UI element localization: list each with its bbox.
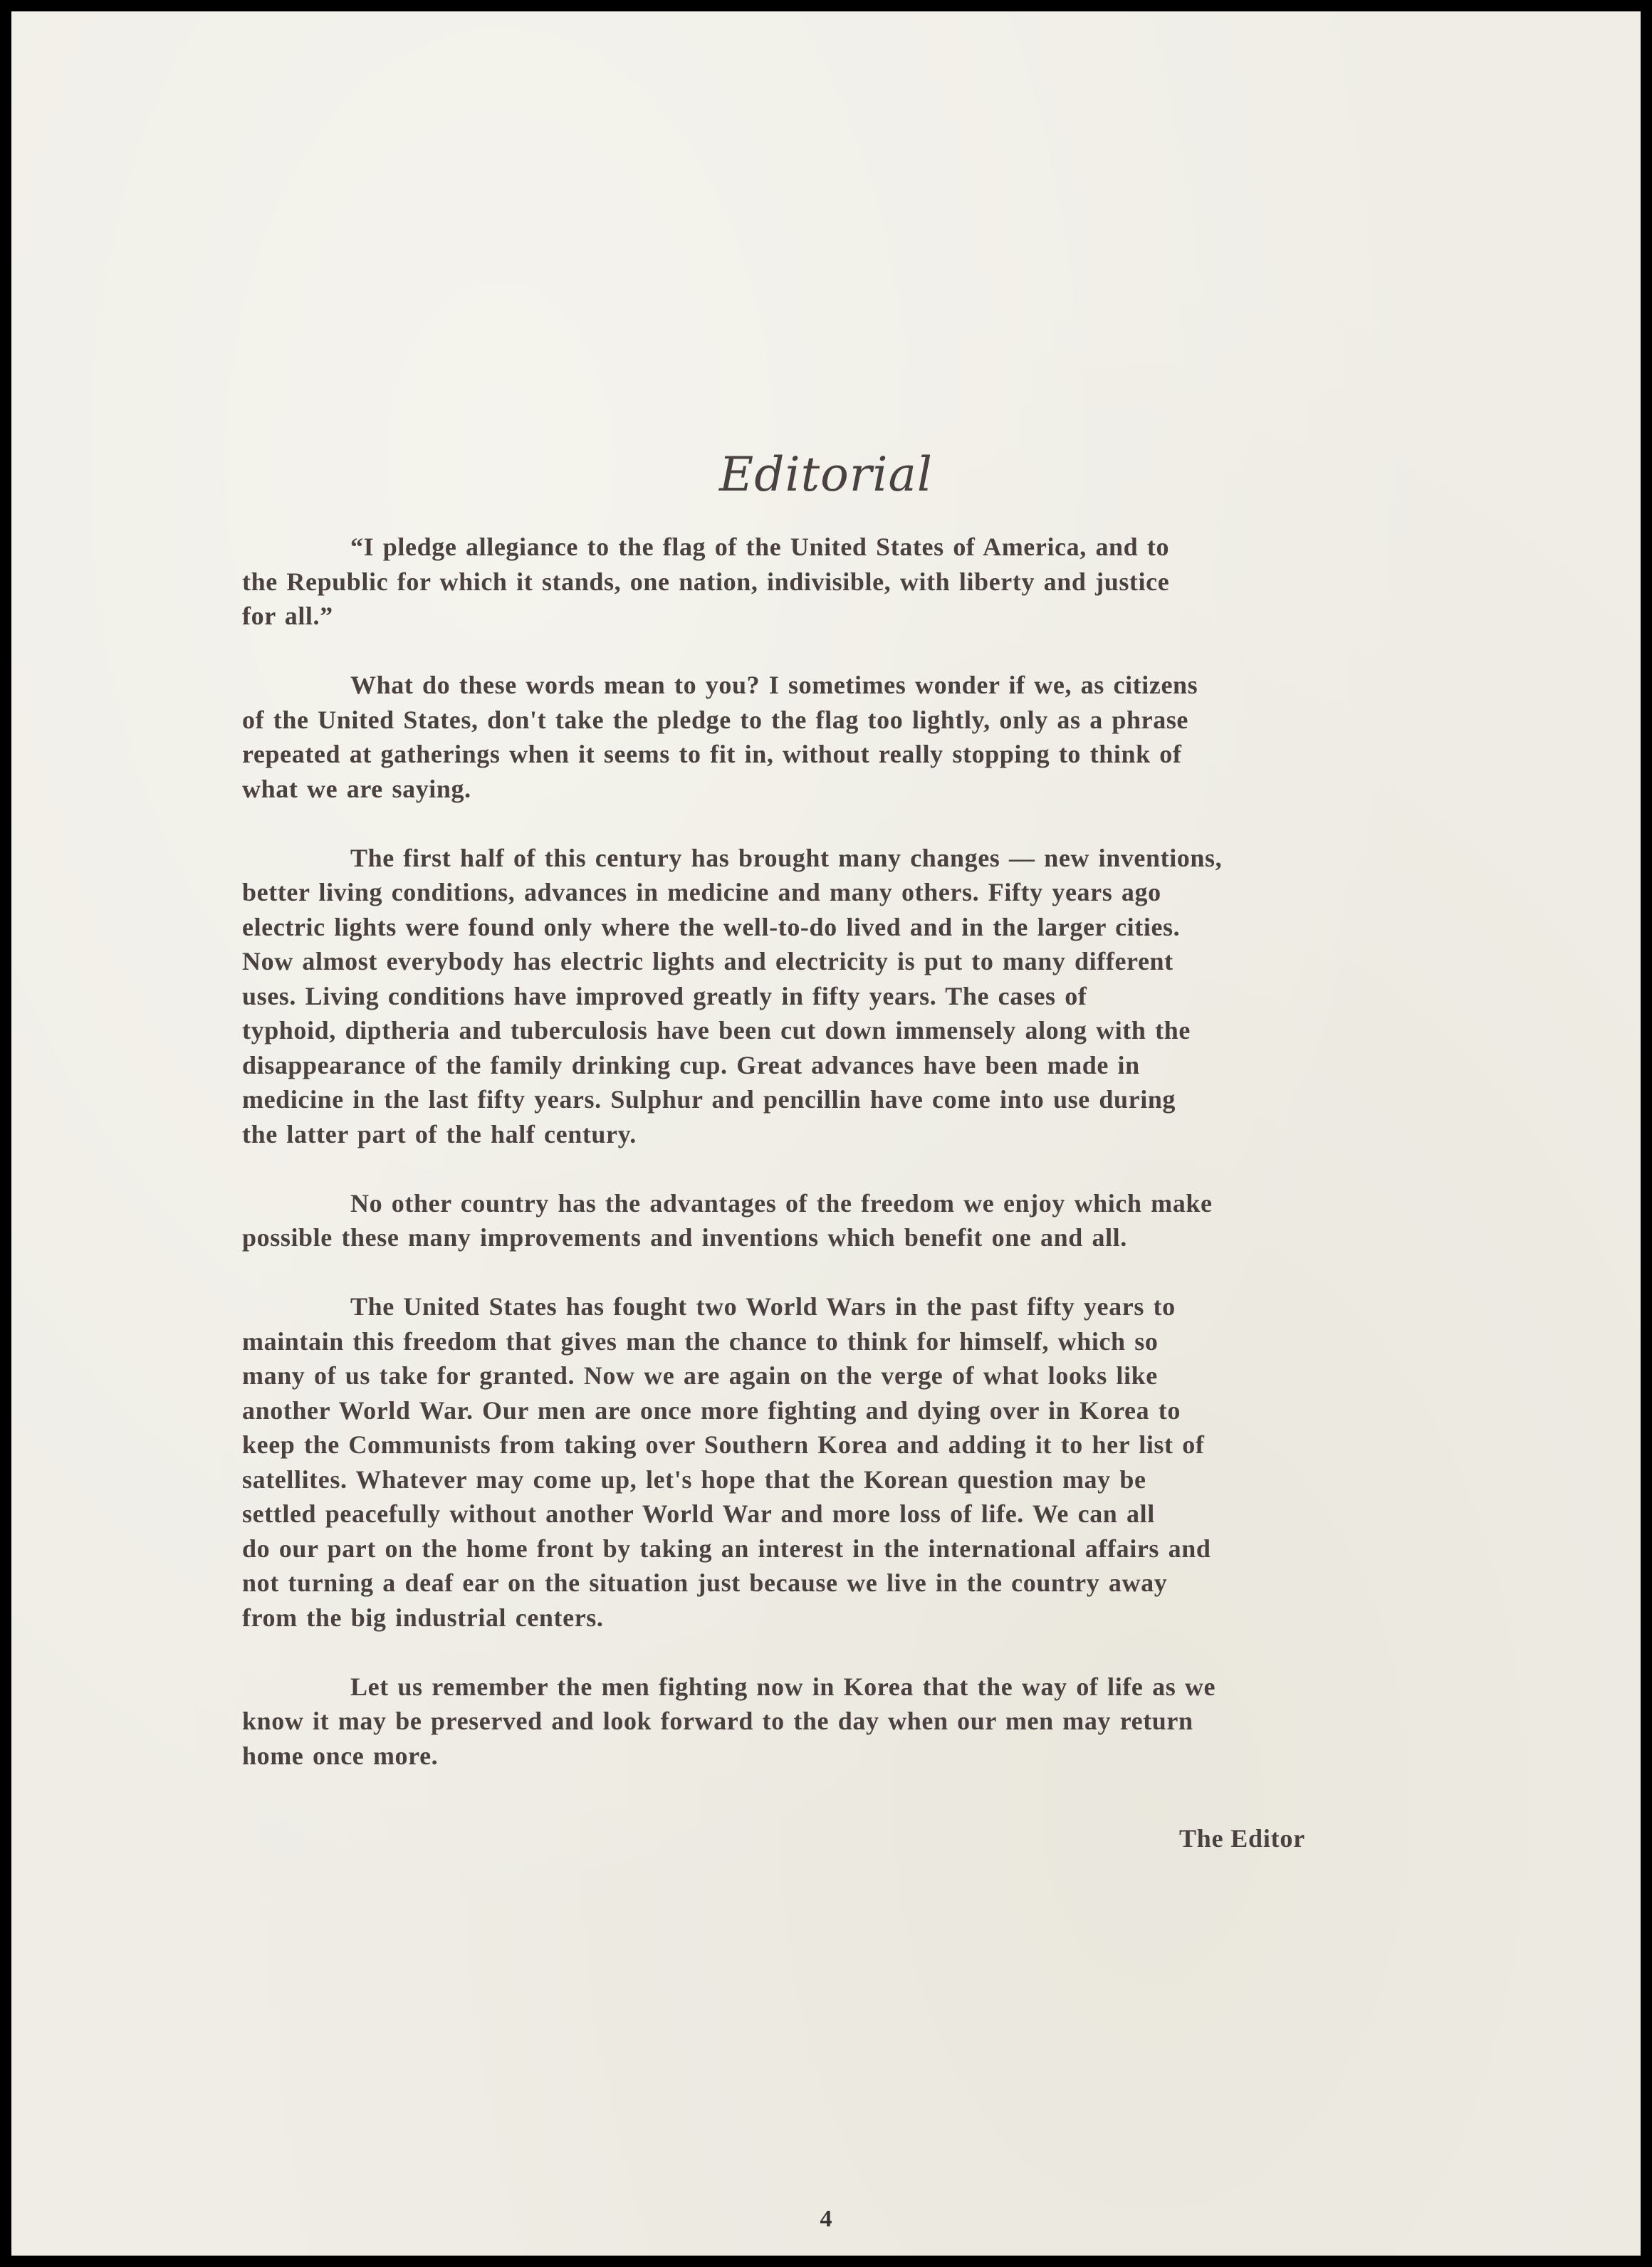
text-line: disappearance of the family drinking cup… — [242, 1048, 1518, 1083]
text-line: possible these many improvements and inv… — [242, 1220, 1518, 1255]
text-line: Now almost everybody has electric lights… — [242, 944, 1518, 979]
text-line: electric lights were found only where th… — [242, 910, 1518, 945]
text-line: settled peacefully without another World… — [242, 1497, 1518, 1532]
text-line: What do these words mean to you? I somet… — [242, 668, 1518, 703]
editorial-title: Editorial — [11, 447, 1641, 502]
paragraph: The United States has fought two World W… — [242, 1289, 1518, 1635]
paragraph: No other country has the advantages of t… — [242, 1186, 1518, 1255]
text-line: the latter part of the half century. — [242, 1117, 1518, 1152]
text-line: for all.” — [242, 599, 1518, 634]
text-line: uses. Living conditions have improved gr… — [242, 979, 1518, 1014]
text-line: typhoid, diptheria and tuberculosis have… — [242, 1013, 1518, 1048]
paragraph: What do these words mean to you? I somet… — [242, 668, 1518, 806]
text-line: of the United States, don't take the ple… — [242, 703, 1518, 738]
text-line: what we are saying. — [242, 772, 1518, 807]
text-line: The United States has fought two World W… — [242, 1289, 1518, 1324]
text-line: not turning a deaf ear on the situation … — [242, 1566, 1518, 1601]
text-line: do our part on the home front by taking … — [242, 1532, 1518, 1566]
text-line: satellites. Whatever may come up, let's … — [242, 1462, 1518, 1497]
text-line: the Republic for which it stands, one na… — [242, 565, 1518, 600]
text-line: know it may be preserved and look forwar… — [242, 1704, 1518, 1739]
editorial-signature: The Editor — [1179, 1823, 1305, 1853]
paragraph: “I pledge allegiance to the flag of the … — [242, 530, 1518, 634]
text-line: No other country has the advantages of t… — [242, 1186, 1518, 1221]
paragraph: Let us remember the men fighting now in … — [242, 1670, 1518, 1774]
document-page: Editorial “I pledge allegiance to the fl… — [11, 11, 1641, 2256]
text-line: maintain this freedom that gives man the… — [242, 1324, 1518, 1359]
text-line: “I pledge allegiance to the flag of the … — [242, 530, 1518, 565]
page-number: 4 — [11, 2206, 1641, 2233]
text-line: repeated at gatherings when it seems to … — [242, 737, 1518, 772]
text-line: keep the Communists from taking over Sou… — [242, 1428, 1518, 1462]
text-line: many of us take for granted. Now we are … — [242, 1358, 1518, 1393]
text-line: Let us remember the men fighting now in … — [242, 1670, 1518, 1705]
text-line: home once more. — [242, 1739, 1518, 1774]
text-line: The first half of this century has broug… — [242, 841, 1518, 876]
text-line: another World War. Our men are once more… — [242, 1393, 1518, 1428]
text-line: medicine in the last fifty years. Sulphu… — [242, 1082, 1518, 1117]
text-line: better living conditions, advances in me… — [242, 875, 1518, 910]
text-line: from the big industrial centers. — [242, 1601, 1518, 1635]
paragraph: The first half of this century has broug… — [242, 841, 1518, 1152]
editorial-body: “I pledge allegiance to the flag of the … — [242, 530, 1518, 1808]
